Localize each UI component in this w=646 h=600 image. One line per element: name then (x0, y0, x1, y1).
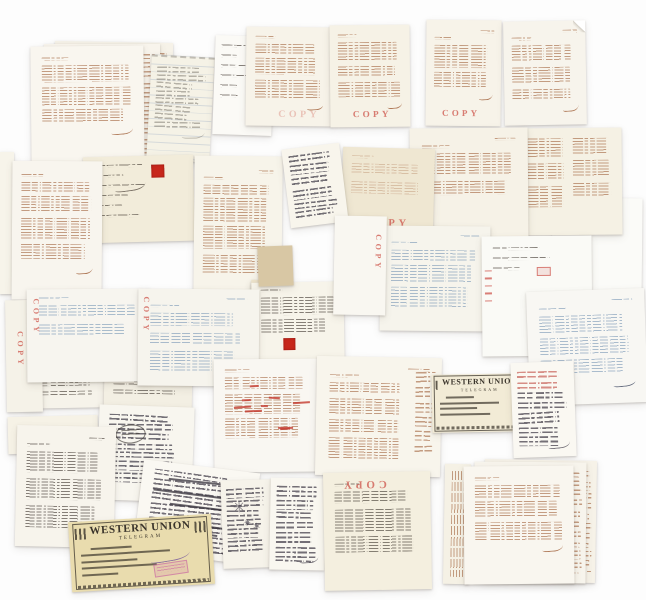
text-column (573, 137, 611, 226)
text-line-block (573, 137, 609, 154)
doodle-page: ✳✶✷ (220, 479, 274, 569)
text-line-block (335, 535, 414, 553)
text-line-block (203, 184, 268, 195)
text-line-block (415, 387, 433, 399)
ink-doodle: ✳ (233, 498, 246, 516)
signature-scrawl (542, 543, 564, 553)
red-dash-column (485, 270, 492, 308)
text-line-block (334, 508, 411, 532)
telegram-subtitle: TELEGRAM (461, 387, 499, 393)
text-line-block (415, 403, 433, 413)
text-line-block (107, 451, 173, 459)
text-line-block (352, 163, 418, 176)
text-line-block (219, 94, 238, 98)
text-line-block (203, 226, 265, 249)
galley-text (450, 471, 465, 577)
copy-stamp: COPY (16, 331, 25, 368)
text-line-block (226, 487, 264, 499)
text-line-block (528, 163, 564, 181)
letter-top-right (503, 20, 587, 125)
red-dash (485, 285, 492, 287)
copy-stamp: COPY (373, 234, 382, 271)
red-edit-mark (269, 396, 280, 398)
correspondence-archive-photo: COPYCOPYCOPYCOPYCOPYCOPYCOPYCOPYWESTERN … (0, 0, 646, 600)
text-line-block (612, 299, 633, 303)
red-dash (485, 270, 492, 272)
text-line-block (89, 437, 106, 440)
text-line-block (255, 36, 276, 39)
text-line-block (261, 289, 283, 292)
text-line-block (261, 318, 325, 334)
paper-copy-vertical: COPY (333, 216, 387, 316)
paper-content (21, 173, 94, 289)
text-line-block (434, 36, 452, 39)
notebook-page (146, 54, 214, 162)
folded-corner (573, 20, 585, 32)
letter-left (12, 161, 103, 301)
telegram-title-group: WESTERN UNIONTELEGRAM (442, 377, 517, 393)
text-line-block (42, 86, 131, 106)
text-line-block (475, 501, 558, 517)
letter-top-1: COPY (245, 27, 332, 127)
envelope-bundle (257, 245, 293, 286)
paper-content (433, 29, 494, 118)
text-line-block (39, 298, 69, 301)
text-line-block (475, 522, 562, 540)
red-stamp-mark (537, 267, 551, 276)
text-line-block (328, 419, 398, 433)
paper-content (153, 66, 208, 154)
text-line-block (156, 90, 190, 96)
paper-content (511, 30, 578, 117)
text-line-block (275, 522, 312, 530)
telegram-text-line (82, 563, 156, 570)
text-line-block (517, 382, 558, 390)
red-edit-mark (261, 405, 268, 407)
text-line-block (276, 512, 312, 520)
stacked-letter-br-top (463, 466, 574, 585)
paper-content (39, 297, 138, 375)
text-line-block (391, 265, 472, 283)
text-line-block (255, 57, 316, 74)
text-line-block (221, 54, 237, 58)
text-line-block (475, 477, 501, 480)
text-line-block (27, 443, 51, 446)
paper-content (528, 137, 612, 227)
text-line-block (338, 34, 357, 37)
paper-content (338, 34, 403, 119)
text-line-block (255, 44, 315, 55)
text-line-block (295, 207, 334, 221)
ink-doodle: ✶ (252, 522, 261, 533)
text-line-block (21, 243, 85, 259)
text-line-block (226, 298, 247, 301)
text-line-block (519, 426, 558, 433)
copy-stamp: COPY (142, 296, 150, 333)
text-line-block (39, 305, 134, 317)
red-dash (485, 300, 492, 302)
text-line-block (460, 236, 479, 239)
text-line-block (150, 304, 179, 307)
text-line-block (275, 532, 311, 544)
text-line-block (434, 44, 488, 68)
text-line-block (512, 38, 532, 41)
text-line-block (26, 451, 97, 474)
text-line-block (512, 67, 570, 84)
copy-stamp: COPY (278, 110, 320, 120)
paper-content (254, 36, 324, 119)
paper-content (94, 163, 184, 237)
text-line-block (422, 152, 511, 175)
text-line-block (42, 57, 69, 60)
signature-scrawl (182, 131, 205, 139)
text-line-block (109, 413, 169, 422)
border-ornament (435, 381, 438, 390)
text-line-block (338, 42, 397, 60)
paper-content (261, 289, 336, 357)
signature-area (538, 438, 570, 450)
signature-scrawl (548, 440, 571, 450)
text-line-block (329, 398, 399, 416)
text-line-block (328, 437, 398, 459)
text-line-block (26, 478, 102, 501)
text-line-block (421, 145, 449, 148)
copy-stamp: COPY (353, 109, 392, 119)
text-line-block (391, 250, 476, 263)
text-line-block (155, 104, 192, 113)
letter-top-2-copy: COPY (329, 25, 410, 128)
text-line-block (518, 411, 560, 425)
text-line-block (220, 84, 239, 88)
text-line-block (518, 401, 567, 410)
text-line-block (329, 374, 359, 378)
text-line-block (21, 173, 43, 176)
text-line-block (414, 431, 431, 442)
text-line-block (334, 490, 408, 504)
text-line-block (433, 72, 486, 87)
text-column (528, 138, 566, 227)
pink-stamp-lines (157, 563, 186, 573)
text-line-block (157, 74, 206, 81)
text-line-block (21, 196, 91, 213)
text-line-block (338, 66, 395, 78)
paper-content (475, 476, 564, 575)
text-line-block (517, 370, 560, 380)
text-line-block (493, 257, 550, 260)
text-line-block (254, 80, 320, 99)
text-line-block (329, 382, 399, 393)
telegram-body (440, 395, 521, 424)
text-line-block (21, 181, 89, 192)
text-line-block (338, 82, 400, 97)
text-line-block (224, 377, 303, 390)
text-line-block (493, 247, 541, 250)
text-line-block (391, 242, 417, 245)
signature-scrawl (75, 266, 93, 275)
paper-content (334, 482, 421, 581)
text-line-block (108, 443, 172, 450)
text-line-block (475, 484, 560, 498)
text-line-block (518, 392, 564, 400)
text-line-block (228, 539, 264, 553)
text-line-block (157, 67, 199, 74)
telegram-bottom: WESTERN UNIONTELEGRAM (68, 514, 215, 593)
signature-area (291, 552, 319, 563)
text-line-block (493, 267, 520, 270)
text-line-block (156, 97, 199, 104)
text-line-block (224, 369, 249, 372)
signature-scrawl (111, 126, 133, 136)
text-line-block (221, 64, 246, 68)
telegram-text-line (440, 401, 500, 404)
text-line-block (42, 108, 123, 122)
paper-content (224, 369, 309, 464)
telegram-text-line (446, 396, 473, 398)
text-line-block (258, 170, 274, 173)
text-line-block (573, 159, 608, 177)
text-line-block (155, 112, 187, 120)
text-line-block (414, 446, 432, 454)
handwritten-note-bottom (269, 478, 326, 571)
western-union-title: WESTERN UNION (442, 377, 517, 387)
telegram-text-line (440, 412, 490, 415)
copy-stamp: COPY (340, 478, 387, 490)
paper-content (288, 151, 342, 222)
text-line-block (538, 308, 566, 312)
text-line-block (512, 89, 570, 101)
red-wax-seal (151, 164, 164, 177)
text-line-block (276, 486, 316, 498)
letter-blue-center (380, 226, 491, 332)
circled-annotation-lines (121, 429, 140, 438)
text-line-block (150, 332, 240, 344)
letter-top-3-copy: COPY (425, 20, 501, 127)
border-ornament (74, 529, 86, 541)
telegram-text-line (83, 572, 119, 576)
copy-stamp: COPY (442, 109, 480, 118)
signature-scrawl (479, 92, 494, 101)
text-line-block (528, 138, 563, 158)
letter-red-edits (214, 359, 320, 473)
text-line-block (573, 183, 610, 197)
text-line-block (539, 314, 622, 333)
text-line-block (391, 286, 468, 308)
copy-stamp: COPY (32, 299, 40, 336)
letter-copy-upside-down: COPY (323, 471, 432, 591)
paper-content (42, 56, 133, 158)
ink-doodle: ✷ (243, 518, 251, 529)
text-line-block (224, 394, 301, 414)
signature-scrawl (562, 102, 578, 111)
text-line-block (539, 335, 628, 356)
text-line-block (21, 218, 90, 240)
text-line-block (113, 389, 175, 394)
telegram-text-line (440, 407, 477, 410)
border-ornament (194, 522, 206, 534)
paper-content (421, 137, 516, 228)
signature-scrawl (299, 554, 319, 563)
telegram-text-line (82, 558, 137, 563)
letter-red-square (251, 281, 344, 363)
text-line-block (481, 30, 494, 33)
text-line-block (203, 176, 224, 179)
red-edit-mark (250, 385, 259, 387)
text-line-block (156, 81, 193, 89)
text-line-block (203, 198, 266, 222)
text-line-block (154, 121, 200, 128)
text-line-block (422, 181, 508, 196)
text-line-block (150, 312, 233, 326)
text-line-block (221, 44, 247, 48)
red-wax-seal (284, 338, 296, 350)
text-line-block (42, 65, 129, 83)
text-line-block (276, 500, 313, 510)
text-line-block (352, 155, 374, 159)
red-dash (485, 292, 492, 294)
text-line-block (512, 45, 571, 61)
signature-scrawl (387, 100, 403, 109)
red-dash (485, 277, 492, 279)
signature-scrawl (612, 378, 635, 388)
stacked-letter-top (30, 45, 144, 168)
text-line-block (39, 323, 124, 336)
letter-center-large (315, 356, 442, 477)
note-card-right (510, 361, 576, 458)
letter-right-column (517, 127, 622, 235)
paper-content (391, 235, 480, 323)
text-line-block (351, 181, 418, 195)
text-line-block (414, 417, 431, 428)
text-line-block (495, 137, 516, 140)
text-line-block (261, 297, 334, 317)
text-line-block (528, 186, 563, 207)
carbon-letter-copy-1: COPY (27, 288, 151, 382)
